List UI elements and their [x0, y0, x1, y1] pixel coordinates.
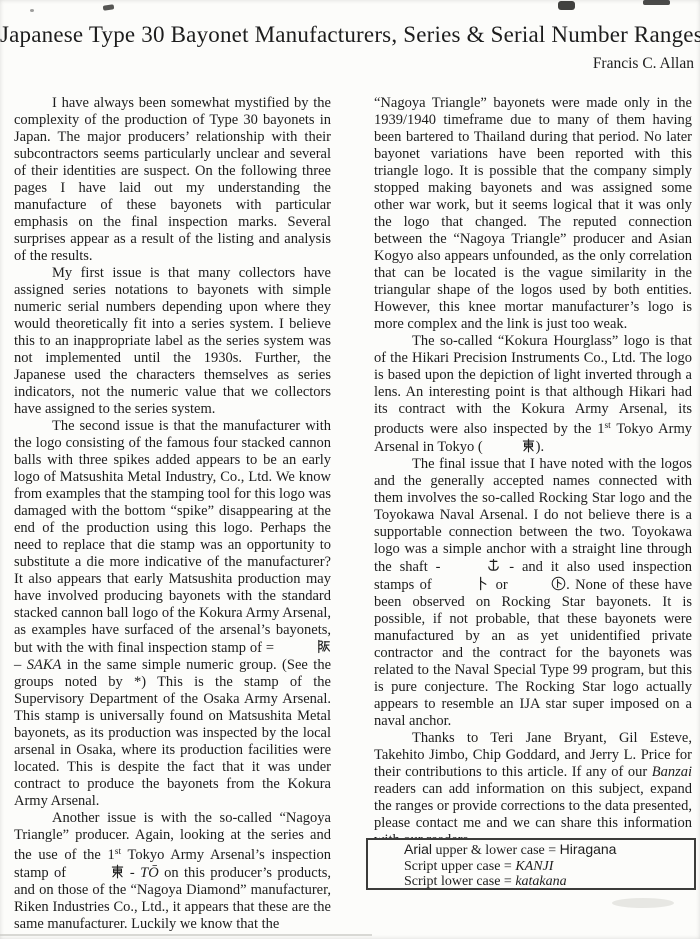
- text-run: The second issue is that the manufacture…: [14, 418, 331, 656]
- text-run: in the same simple numeric group. (See t…: [14, 657, 331, 809]
- author-byline: Francis C. Allan: [593, 55, 694, 73]
- text-run: –: [14, 657, 27, 673]
- text-run: ).: [536, 439, 544, 455]
- scan-artifact: [558, 1, 575, 10]
- scan-artifact: [30, 9, 34, 12]
- paragraph: I have always been somewhat mystified by…: [14, 95, 331, 265]
- katakana-to-glyph: [437, 576, 490, 594]
- text-run: -: [125, 865, 141, 881]
- text-run: Hiragana: [560, 841, 617, 857]
- left-text-column: I have always been somewhat mystified by…: [14, 95, 331, 933]
- text-run: Arial: [404, 841, 432, 857]
- paragraph: Another issue is with the so-called “Nag…: [14, 810, 331, 933]
- text-run: SAKA: [27, 657, 62, 673]
- text-run: I have always been somewhat mystified by…: [14, 95, 331, 264]
- kanji-to-glyph: [72, 864, 125, 882]
- anchor-glyph: [448, 558, 501, 576]
- text-run: upper & lower case =: [432, 843, 560, 858]
- paragraph: The second issue is that the manufacture…: [14, 418, 331, 810]
- text-run: katakana: [515, 874, 566, 889]
- scan-artifact: [643, 0, 670, 5]
- text-run: “Nagoya Triangle” bayonets were made onl…: [374, 95, 692, 332]
- paragraph: Script upper case = KANJI: [404, 859, 690, 875]
- text-run: KANJI: [515, 859, 553, 874]
- text-run: TŌ: [140, 865, 159, 881]
- right-text-column: “Nagoya Triangle” bayonets were made onl…: [374, 95, 692, 849]
- text-run: Script lower case =: [404, 874, 515, 889]
- kanji-saka-glyph: [278, 639, 331, 657]
- circled-katakana-to-glyph: [513, 576, 566, 594]
- paragraph: My first issue is that many collectors h…: [14, 265, 331, 418]
- text-run: Script upper case =: [404, 859, 515, 874]
- text-run: Thanks to Teri Jane Bryant, Gil Esteve, …: [374, 730, 692, 780]
- scan-edge-line: [0, 934, 372, 936]
- page-title: Japanese Type 30 Bayonet Manufacturers, …: [0, 22, 700, 48]
- text-run: Banzai: [652, 764, 692, 780]
- paragraph: Thanks to Teri Jane Bryant, Gil Esteve, …: [374, 730, 692, 849]
- paragraph: “Nagoya Triangle” bayonets were made onl…: [374, 95, 692, 333]
- scanned-article-page: Japanese Type 30 Bayonet Manufacturers, …: [0, 0, 700, 939]
- text-run: My first issue is that many collectors h…: [14, 265, 331, 417]
- paragraph: The so-called “Kokura Hourglass” logo is…: [374, 333, 692, 456]
- paragraph: Script lower case = katakana: [404, 874, 690, 890]
- paragraph: Arial upper & lower case = Hiragana: [404, 842, 690, 859]
- kanji-to-glyph: [483, 438, 536, 456]
- scan-smudge: [612, 898, 674, 908]
- text-run: or: [490, 577, 513, 593]
- scan-artifact: [103, 4, 115, 10]
- font-legend-box: Arial upper & lower case = HiraganaScrip…: [366, 838, 696, 890]
- text-run: The final issue that I have noted with t…: [374, 456, 692, 575]
- text-run: . None of these have been observed on Ro…: [374, 577, 692, 729]
- paragraph: The final issue that I have noted with t…: [374, 456, 692, 730]
